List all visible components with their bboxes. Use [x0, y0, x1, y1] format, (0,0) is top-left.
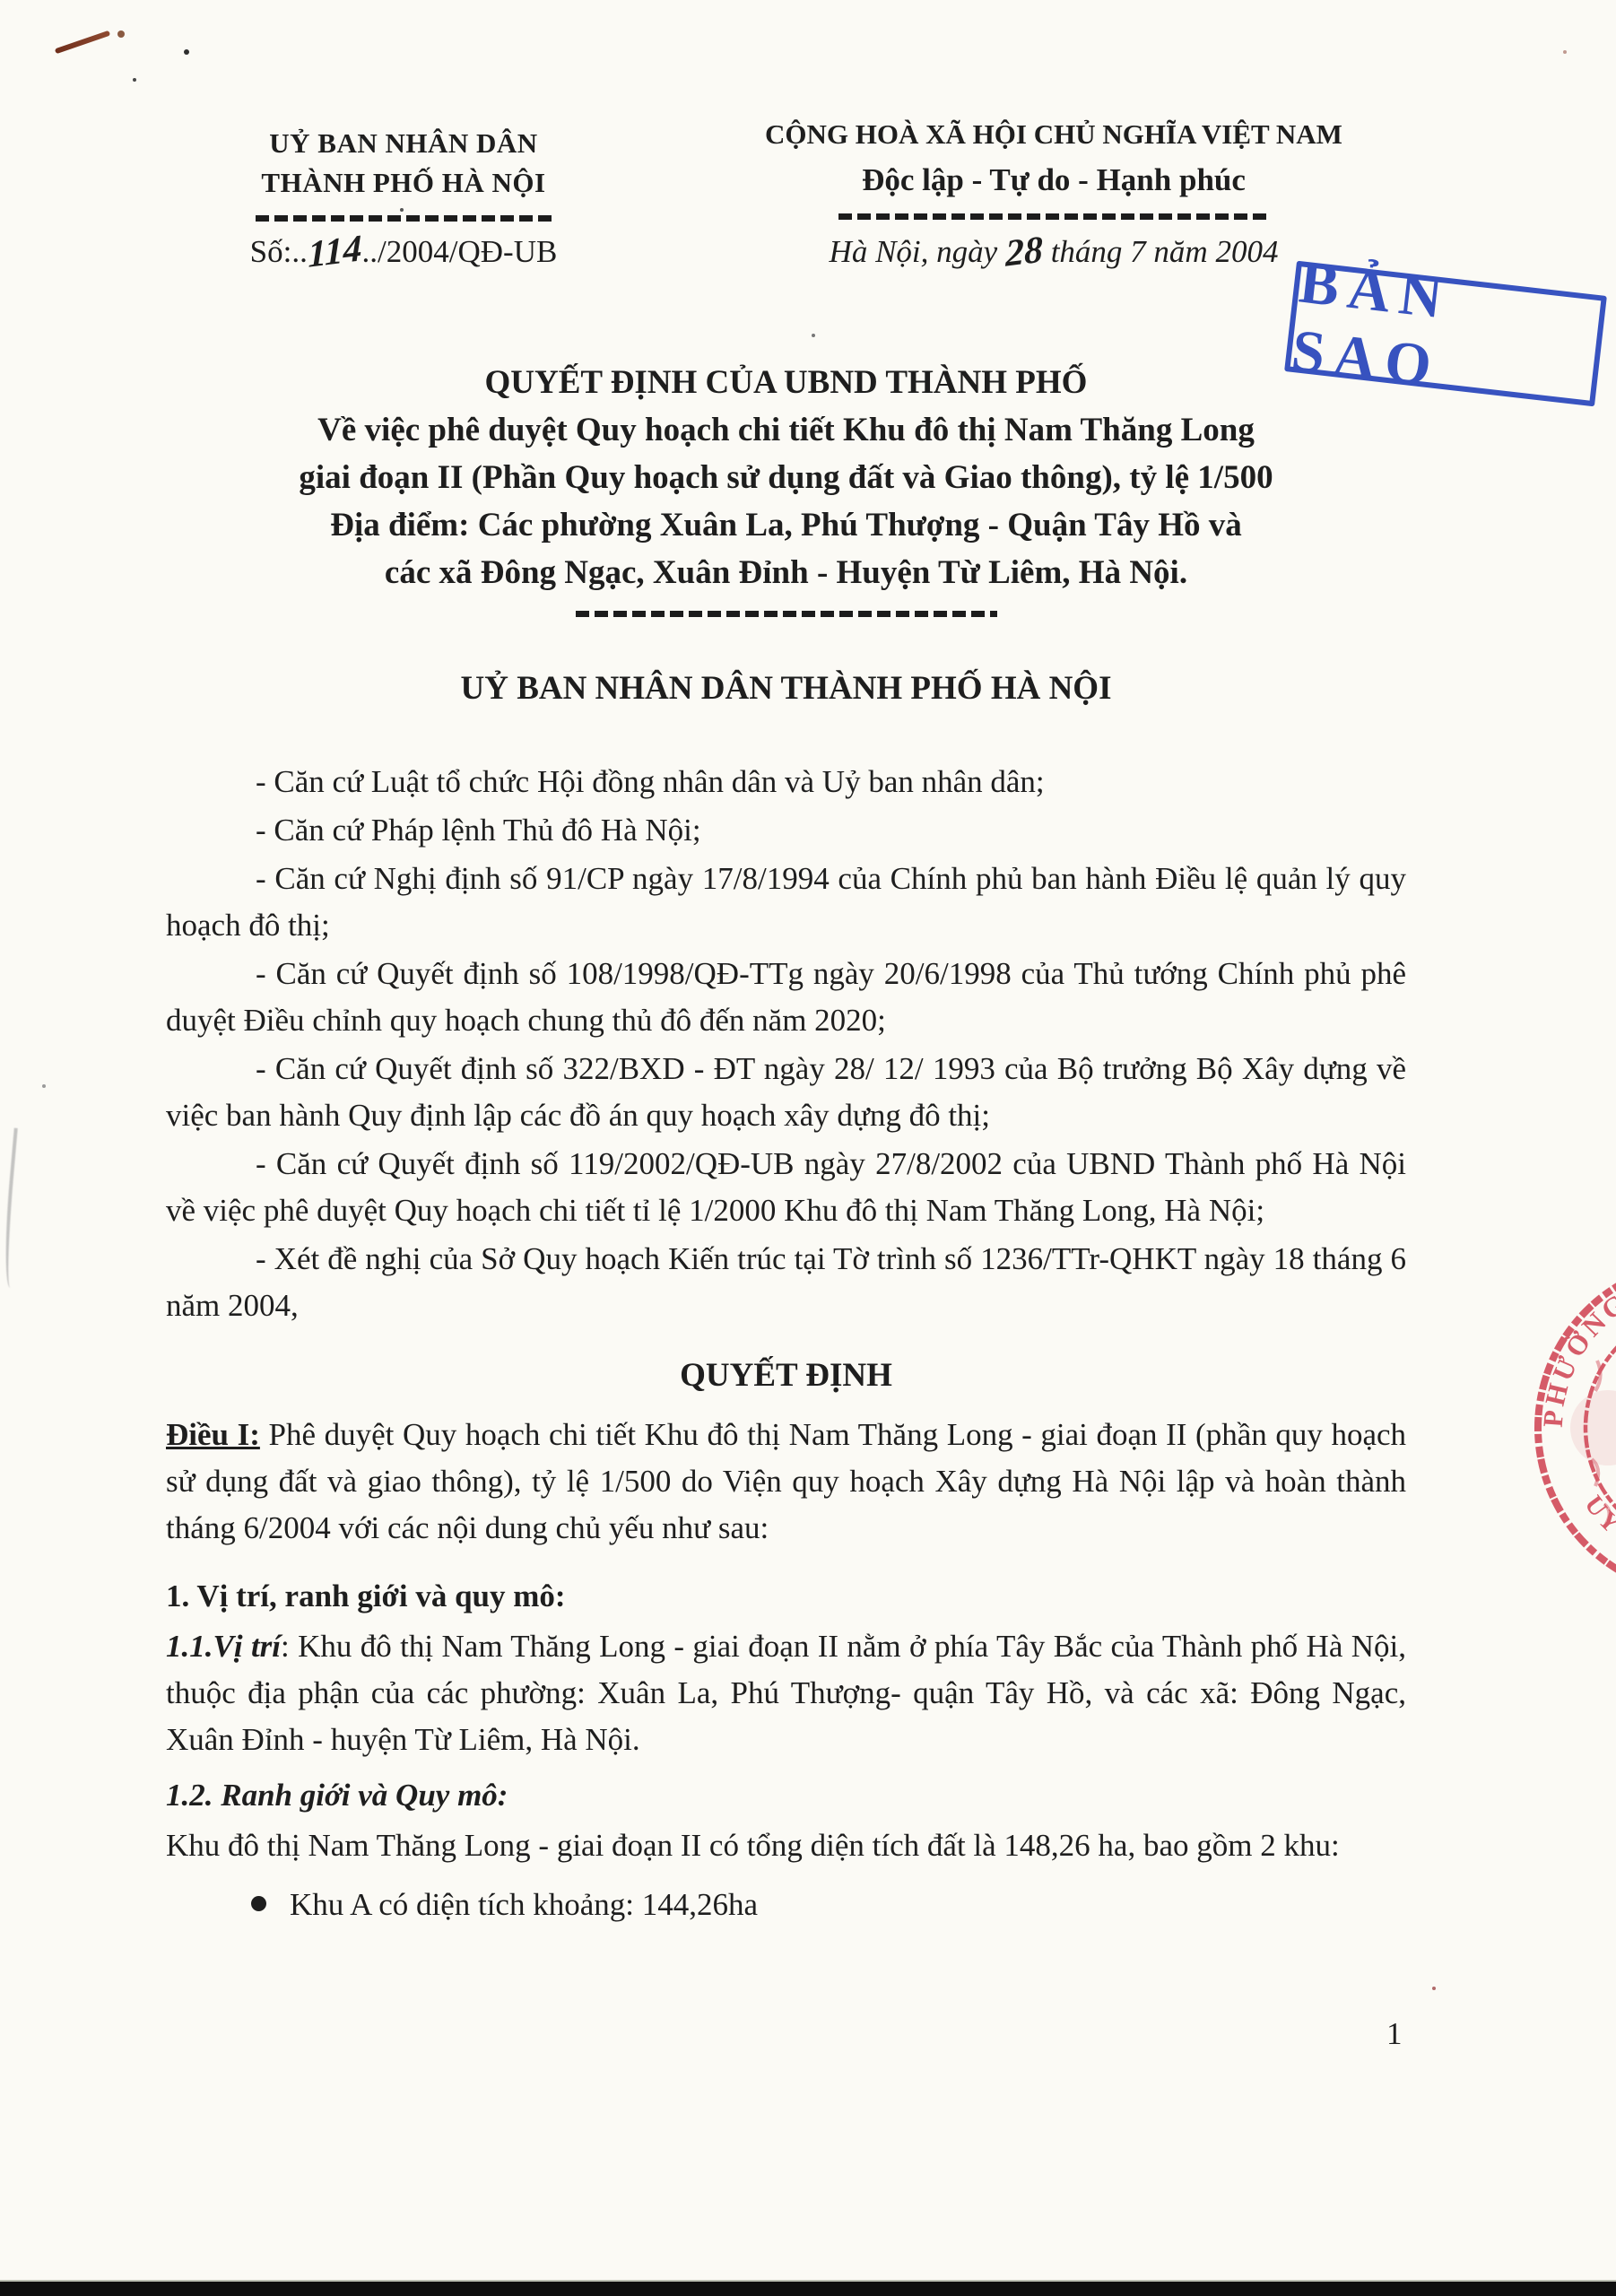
seal-ink-mottle — [1570, 1390, 1616, 1465]
section-1-1-label: 1.1.Vị trí — [166, 1629, 281, 1664]
section-1-2-heading: 1.2. Ranh giới và Quy mô: — [166, 1772, 1406, 1819]
national-motto-block: CỘNG HOÀ XÃ HỘI CHỦ NGHĨA VIỆT NAM Độc l… — [708, 117, 1399, 270]
separator-dashes — [838, 213, 1269, 220]
scanned-document-page: UỶ BAN NHÂN DÂN THÀNH PHỐ HÀ NỘI Số:..11… — [0, 0, 1616, 2296]
pen-mark-artifact — [55, 30, 110, 55]
document-number-suffix: /2004/QĐ-UB — [378, 234, 557, 269]
handwritten-day: 28 — [1005, 240, 1043, 263]
nation-line: CỘNG HOÀ XÃ HỘI CHỦ NGHĨA VIỆT NAM — [708, 117, 1399, 152]
scan-speckles — [0, 0, 4, 4]
document-body: UỶ BAN NHÂN DÂN THÀNH PHỐ HÀ NỘI - Căn c… — [166, 665, 1406, 1930]
preamble-item: - Căn cứ Quyết định số 108/1998/QĐ-TTg n… — [166, 951, 1406, 1044]
article-1-label: Điều I: — [166, 1417, 260, 1452]
section-1-2-paragraph: Khu đô thị Nam Thăng Long - giai đoạn II… — [166, 1822, 1406, 1869]
preamble-item: - Căn cứ Quyết định số 322/BXD - ĐT ngày… — [166, 1046, 1406, 1139]
document-number-line: Số:..114../2004/QĐ-UB — [206, 234, 601, 270]
document-number-prefix: Số: — [250, 234, 292, 269]
date-suffix: tháng 7 năm 2004 — [1051, 234, 1279, 269]
article-1-text: Phê duyệt Quy hoạch chi tiết Khu đô thị … — [166, 1417, 1406, 1545]
authority-name-line2: THÀNH PHỐ HÀ NỘI — [206, 163, 601, 203]
article-1-paragraph: Điều I: Phê duyệt Quy hoạch chi tiết Khu… — [166, 1412, 1406, 1552]
list-item-khu-a: Khu A có diện tích khoảng: 144,26ha — [166, 1882, 1406, 1928]
preamble-item: - Căn cứ Nghị định số 91/CP ngày 17/8/19… — [166, 856, 1406, 949]
title-line: QUYẾT ĐỊNH CỦA UBND THÀNH PHỐ — [166, 359, 1406, 406]
scanner-edge-bar — [0, 2282, 1616, 2296]
title-line: giai đoạn II (Phần Quy hoạch sử dụng đất… — [166, 454, 1406, 501]
decision-heading: QUYẾT ĐỊNH — [166, 1352, 1406, 1399]
preamble-item: - Căn cứ Pháp lệnh Thủ đô Hà Nội; — [166, 807, 1406, 854]
date-line: Hà Nội, ngày 28 tháng 7 năm 2004 — [708, 234, 1399, 270]
title-line: Địa điểm: Các phường Xuân La, Phú Thượng… — [166, 501, 1406, 549]
list-item-text: Khu A có diện tích khoảng: 144,26ha — [290, 1887, 758, 1922]
title-line: Về việc phê duyệt Quy hoạch chi tiết Khu… — [166, 406, 1406, 454]
dots: .. — [362, 234, 378, 269]
motto-line: Độc lập - Tự do - Hạnh phúc — [708, 160, 1399, 201]
dots: .. — [291, 234, 308, 269]
section-1-1-paragraph: 1.1.Vị trí: Khu đô thị Nam Thăng Long - … — [166, 1623, 1406, 1763]
issuing-authority-block: UỶ BAN NHÂN DÂN THÀNH PHỐ HÀ NỘI Số:..11… — [206, 124, 601, 270]
date-prefix: Hà Nội, ngày — [830, 234, 998, 269]
left-edge-smudge — [0, 1128, 28, 1289]
section-1-1-text: : Khu đô thị Nam Thăng Long - giai đoạn … — [166, 1629, 1406, 1757]
authority-name-line1: UỶ BAN NHÂN DÂN — [206, 124, 601, 163]
bullet-icon — [251, 1896, 266, 1911]
decision-title-block: QUYẾT ĐỊNH CỦA UBND THÀNH PHỐ Về việc ph… — [166, 359, 1406, 617]
separator-dashes — [576, 611, 997, 617]
separator-dashes — [256, 215, 552, 222]
preamble-item: - Xét đề nghị của Sở Quy hoạch Kiến trúc… — [166, 1236, 1406, 1329]
handwritten-document-number: 114 — [308, 239, 362, 265]
preamble-item: - Căn cứ Quyết định số 119/2002/QĐ-UB ng… — [166, 1141, 1406, 1234]
preamble-item: - Căn cứ Luật tổ chức Hội đồng nhân dân … — [166, 759, 1406, 805]
red-ward-seal: PHƯỜNG PHÚ THƯỢNG UỶ BAN NHÂN DÂN — [1511, 1235, 1616, 1621]
page-number: 1 — [1386, 2016, 1403, 2052]
issuer-heading: UỶ BAN NHÂN DÂN THÀNH PHỐ HÀ NỘI — [166, 665, 1406, 712]
section-1-heading: 1. Vị trí, ranh giới và quy mô: — [166, 1573, 1406, 1620]
title-line: các xã Đông Ngạc, Xuân Đỉnh - Huyện Từ L… — [166, 549, 1406, 596]
